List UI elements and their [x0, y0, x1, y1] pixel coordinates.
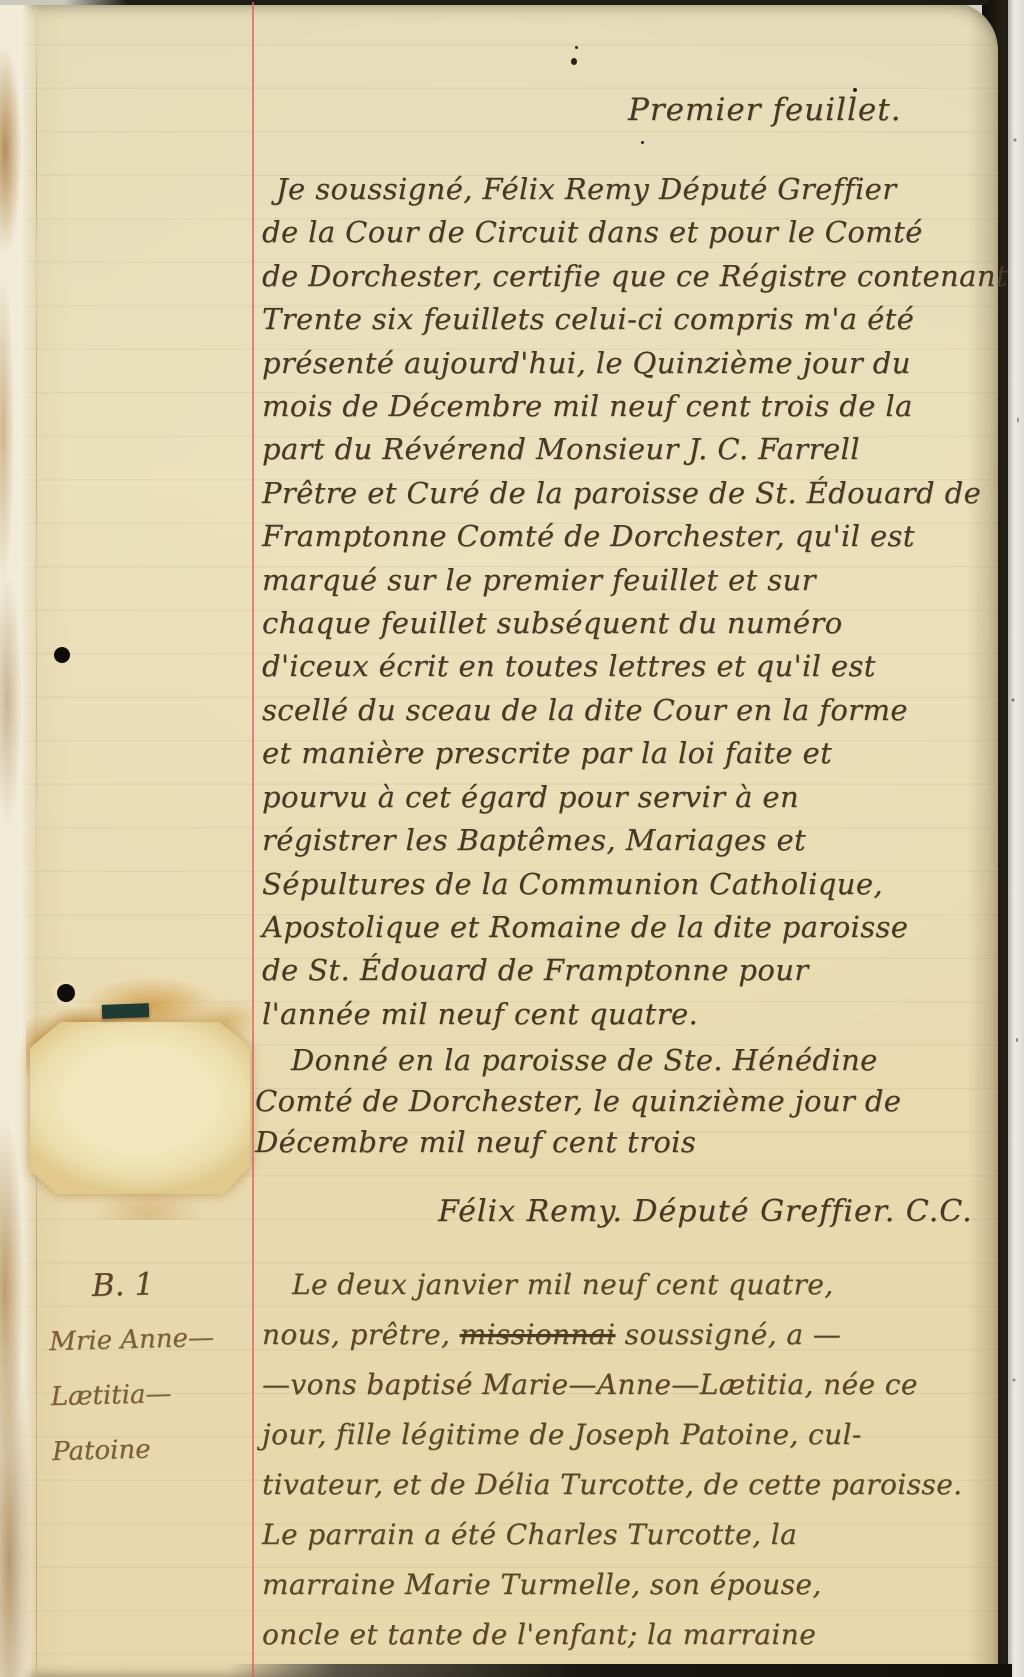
handwritten-line: chaque feuillet subséquent du numéro [262, 602, 1008, 645]
register-page-scan: Premier feuillet. Je soussigné, Félix Re… [0, 0, 1024, 1677]
hole-punch-bottom [57, 984, 75, 1002]
handwritten-line: présenté aujourd'hui, le Quinzième jour … [262, 342, 1008, 385]
handwritten-line: Prêtre et Curé de la paroisse de St. Édo… [262, 472, 1008, 515]
seal-paper-wafer [30, 1022, 250, 1194]
handwritten-line: Comté de Dorchester, le quinzième jour d… [255, 1081, 901, 1122]
margin-name-line: Mrie Anne— [49, 1311, 215, 1370]
margin-annotation: B. 1 Mrie Anne— Lætitia— Patoine [47, 1256, 217, 1480]
certificate-paragraph: Je soussigné, Félix Remy Député Greffier… [262, 168, 1008, 1036]
seal-residue-patch [30, 1022, 250, 1194]
handwritten-line: Trente six feuillets celui-ci compris m'… [262, 298, 1008, 341]
seal-dark-fragment [102, 1003, 149, 1019]
handwritten-line: de Dorchester, certifie que ce Régistre … [262, 255, 1008, 298]
handwritten-line: Je soussigné, Félix Remy Député Greffier [262, 168, 1008, 211]
handwritten-line: Apostolique et Romaine de la dite parois… [262, 906, 1008, 949]
handwritten-line: tivateur, et de Délia Turcotte, de cette… [262, 1460, 962, 1510]
act-number: B. 1 [47, 1256, 213, 1315]
baptism-act-paragraph: Le deux janvier mil neuf cent quatre, no… [262, 1260, 962, 1660]
handwritten-line: Sépultures de la Communion Catholique, [262, 863, 1008, 906]
ink-speck [575, 46, 578, 49]
closing-paragraph: Donné en la paroisse de Ste. Hénédine Co… [255, 1040, 901, 1163]
handwritten-line: pourvu à cet égard pour servir à en [262, 776, 1008, 819]
handwritten-line: scellé du sceau de la dite Cour en la fo… [262, 689, 1008, 732]
ink-speck [571, 58, 577, 65]
margin-name-line: Lætitia— [50, 1366, 216, 1425]
handwritten-line: de St. Édouard de Framptonne pour [262, 949, 1008, 992]
clerk-signature: Félix Remy. Député Greffier. C.C. [438, 1194, 973, 1229]
fore-edge-strip [1008, 0, 1024, 1677]
ink-speck [853, 88, 857, 92]
margin-name-line: Patoine [51, 1421, 217, 1480]
handwritten-line: Le parrain a été Charles Turcotte, la [262, 1510, 962, 1560]
ink-speck [641, 141, 644, 144]
line-segment: nous, prêtre, [262, 1318, 460, 1351]
handwritten-line: régistrer les Baptêmes, Mariages et [262, 819, 1008, 862]
red-margin-line [252, 2, 254, 1677]
handwritten-line: de la Cour de Circuit dans et pour le Co… [262, 211, 1008, 254]
handwritten-line: mois de Décembre mil neuf cent trois de … [262, 385, 1008, 428]
page-bottom-edge [228, 1664, 1012, 1677]
struck-out-word: missionnai [460, 1318, 616, 1351]
handwritten-line: et manière prescrite par la loi faite et [262, 732, 1008, 775]
handwritten-line: Donné en la paroisse de Ste. Hénédine [255, 1040, 901, 1081]
hole-punch-top [54, 647, 70, 663]
handwritten-line: nous, prêtre, missionnai soussigné, a — [262, 1310, 962, 1360]
line-segment: soussigné, a — [615, 1318, 841, 1351]
handwritten-line: marqué sur le premier feuillet et sur [262, 559, 1008, 602]
handwritten-line: —vons baptisé Marie—Anne—Lætitia, née ce [262, 1360, 962, 1410]
page-top-edge [0, 0, 988, 5]
handwritten-line: marraine Marie Turmelle, son épouse, [262, 1560, 962, 1610]
handwritten-line: Le deux janvier mil neuf cent quatre, [262, 1260, 962, 1310]
handwritten-line: Décembre mil neuf cent trois [255, 1122, 901, 1163]
handwritten-line: Framptonne Comté de Dorchester, qu'il es… [262, 515, 1008, 558]
handwritten-line: part du Révérend Monsieur J. C. Farrell [262, 428, 1008, 471]
page-header: Premier feuillet. [628, 92, 902, 128]
torn-binding-edge [0, 0, 37, 1677]
handwritten-line: l'année mil neuf cent quatre. [262, 993, 1008, 1036]
handwritten-line: d'iceux écrit en toutes lettres et qu'il… [262, 645, 1008, 688]
handwritten-line: jour, fille légitime de Joseph Patoine, … [262, 1410, 962, 1460]
handwritten-line: oncle et tante de l'enfant; la marraine [262, 1610, 962, 1660]
